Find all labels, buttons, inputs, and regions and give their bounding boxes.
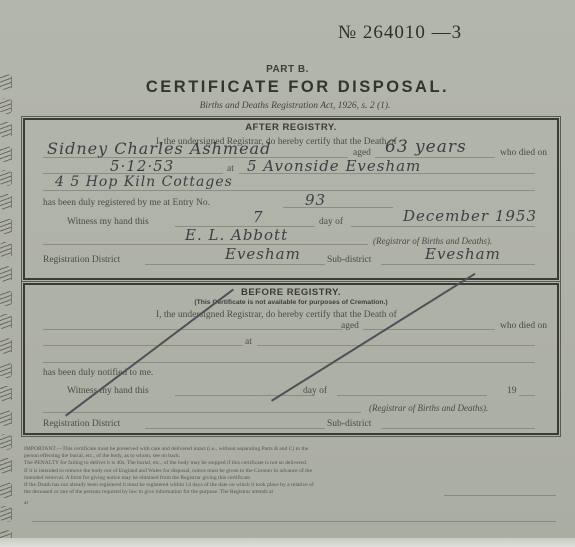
part-label: PART B.: [0, 64, 575, 75]
year-prefix-label: 19: [507, 386, 517, 396]
month-year-field: [351, 226, 535, 227]
place-continuation-field: [43, 362, 535, 363]
registrar-signature-field: [43, 412, 361, 413]
entry-label: has been duly registered by me at Entry …: [43, 198, 210, 208]
witness-month-year: December 1953: [403, 207, 537, 225]
subdistrict-label: Sub-district: [327, 255, 371, 265]
at-label: at: [245, 337, 252, 347]
notice-line: person effecting the burial, etc., of th…: [24, 453, 559, 460]
sub-district: Evesham: [425, 245, 501, 263]
day-of-label: day of: [303, 386, 327, 396]
aged-label: aged: [341, 321, 359, 331]
document-title: CERTIFICATE FOR DISPOSAL.: [60, 78, 535, 97]
notice-line: If it is intended to remove the body out…: [24, 468, 559, 475]
notice-line: intended removal. A form for giving noti…: [24, 475, 559, 482]
attendance-field: [444, 495, 556, 496]
deceased-name: Sidney Charles Ashmead: [47, 139, 271, 158]
deceased-age: 63 years: [385, 137, 467, 157]
after-registry-section: AFTER REGISTRY. I, the undersigned Regis…: [23, 118, 559, 280]
district-label: Registration District: [43, 419, 120, 429]
place-of-death-continued: 4 5 Hop Kiln Cottages: [55, 174, 233, 190]
ornamental-border: [0, 70, 12, 540]
notice-line: IMPORTANT.—This certificate must be pres…: [24, 446, 559, 453]
place-of-death: 5 Avonside Evesham: [247, 157, 421, 175]
entry-number: 93: [305, 191, 326, 209]
witness-label: Witness my hand this: [67, 386, 149, 396]
witness-day: 7: [253, 208, 264, 226]
subdistrict-label: Sub-district: [327, 419, 371, 429]
place-field: [257, 345, 535, 346]
attendance-place-field: [32, 521, 556, 522]
year-field: [519, 395, 535, 396]
who-died-on-label: who died on: [500, 321, 547, 331]
act-reference: Births and Deaths Registration Act, 1926…: [0, 101, 575, 111]
subdistrict-field: [381, 264, 535, 265]
at-label: at: [227, 164, 234, 174]
before-registry-section: BEFORE REGISTRY. (This Certificate is no…: [23, 283, 559, 435]
day-of-label: day of: [319, 217, 343, 227]
who-died-on-label: who died on: [500, 148, 547, 158]
district-field: [145, 428, 325, 429]
notice-line: If the Death has not already been regist…: [24, 482, 559, 489]
date-of-death: 5·12·53: [110, 157, 174, 175]
registration-district: Evesham: [225, 245, 301, 263]
cremation-note: (This Certificate is not available for p…: [25, 299, 557, 306]
district-label: Registration District: [43, 255, 120, 265]
registrar-signature-field: [43, 244, 368, 245]
notified-label: has been duly notified to me.: [43, 368, 153, 378]
background-surface: [0, 538, 575, 547]
important-notice: IMPORTANT.—This certificate must be pres…: [24, 446, 559, 508]
certificate-number: № 264010 —3: [338, 22, 462, 44]
certificate-paper: № 264010 —3 PART B. CERTIFICATE FOR DISP…: [0, 0, 575, 540]
section-heading: AFTER REGISTRY.: [25, 122, 557, 133]
death-date-field: [43, 345, 243, 346]
registrar-signature: E. L. Abbott: [185, 226, 288, 244]
month-field: [337, 395, 487, 396]
place-continuation-field: [43, 190, 535, 191]
registrar-label: (Registrar of Births and Deaths).: [369, 403, 488, 413]
name-field: [43, 329, 343, 330]
notice-line: The PENALTY for failing to deliver it is…: [24, 460, 559, 467]
entry-field: [283, 207, 393, 208]
subdistrict-field: [381, 428, 535, 429]
day-field: [175, 395, 315, 396]
witness-label: Witness my hand this: [67, 217, 149, 227]
notice-line: at: [24, 500, 559, 507]
district-field: [145, 264, 325, 265]
cancel-stroke-left: [65, 289, 234, 417]
section-heading: BEFORE REGISTRY.: [25, 287, 557, 298]
